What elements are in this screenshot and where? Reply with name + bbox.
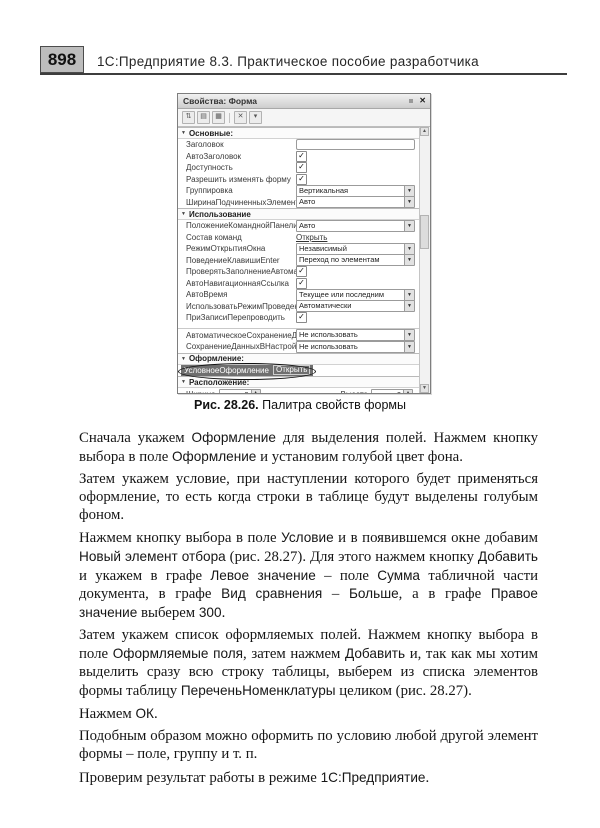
property-label: Состав команд xyxy=(186,233,296,242)
running-title: 1С:Предприятие 8.3. Практическое пособие… xyxy=(97,54,479,73)
section-label: Основные: xyxy=(189,129,233,138)
property-label: АвтоВремя xyxy=(186,290,296,299)
dropdown-value: Не использовать xyxy=(297,342,404,352)
dropdown-value: Авто xyxy=(297,197,404,207)
property-value: Не использовать▼ xyxy=(296,341,415,353)
dropdown-arrow-icon[interactable]: ▼ xyxy=(404,342,414,352)
list-view-icon[interactable]: ▤ xyxy=(197,111,210,124)
section-label: Оформление: xyxy=(189,354,244,363)
dropdown-value: Вертикальная xyxy=(297,186,404,196)
property-row: УсловноеОформлениеОткрыть xyxy=(178,365,419,377)
scroll-up-icon[interactable]: ▲ xyxy=(420,127,429,136)
ui-term: Оформляемые поля xyxy=(113,646,243,661)
window-toolbar: ⇅▤▦✕▾ xyxy=(178,109,430,127)
body-text: Сначала укажем Оформление для выделения … xyxy=(79,429,538,792)
property-row: ИспользоватьРежимПроведенияАвтоматически… xyxy=(178,301,419,313)
dropdown-arrow-icon[interactable]: ▼ xyxy=(404,255,414,265)
checkbox[interactable]: ✓ xyxy=(296,151,307,162)
ui-term: Больше xyxy=(349,586,399,601)
property-grid: ▼Основные:ЗаголовокАвтоЗаголовок✓Доступн… xyxy=(178,127,419,393)
property-value xyxy=(296,139,415,150)
dropdown[interactable]: Авто▼ xyxy=(296,196,415,208)
grid-wrap: ▼Основные:ЗаголовокАвтоЗаголовок✓Доступн… xyxy=(178,127,430,393)
property-row: ШиринаПодчиненныхЭлементовАвто▼ xyxy=(178,197,419,209)
toolbar-separator xyxy=(229,113,230,123)
property-label: ПроверятьЗаполнениеАвтоматически xyxy=(186,267,296,276)
section-header[interactable]: ▼Оформление: xyxy=(178,353,419,365)
property-row: АвтоНавигационнаяСсылка✓ xyxy=(178,278,419,290)
scrollbar[interactable]: ▲ ▼ xyxy=(419,127,430,393)
property-row: АвтоматическоеСохранениеДанныхВНастНе ис… xyxy=(178,330,419,342)
section-header[interactable]: ▼Расположение: xyxy=(178,376,419,388)
property-label: УсловноеОформление xyxy=(184,366,269,375)
text-run: , а в графе xyxy=(399,586,491,602)
property-label: СохранениеДанныхВНастройках xyxy=(186,342,296,351)
property-row: ПоведениеКлавишиEnterПереход по элемента… xyxy=(178,255,419,267)
section-label: Использование xyxy=(189,210,251,219)
text-run: . xyxy=(154,706,158,722)
text-run: Сначала укажем xyxy=(79,430,192,446)
text-run: и в появившемся окне добавим xyxy=(334,530,538,546)
property-value: Открыть xyxy=(296,233,415,242)
property-row: ПроверятьЗаполнениеАвтоматически✓ xyxy=(178,266,419,278)
paragraph: Подобным образом можно оформить по услов… xyxy=(79,728,538,764)
section-collapse-icon[interactable]: ▼ xyxy=(181,356,186,362)
window-title: Свойства: Форма xyxy=(183,96,409,106)
property-value: Переход по элементам▼ xyxy=(296,254,415,266)
spinner-input[interactable]: 0▴▾ xyxy=(219,389,261,394)
property-label: ИспользоватьРежимПроведения xyxy=(186,302,296,311)
checkbox[interactable]: ✓ xyxy=(296,312,307,323)
property-label: ПоведениеКлавишиEnter xyxy=(186,256,296,265)
property-value: Независимый▼ xyxy=(296,243,415,255)
text-run: выберем xyxy=(137,605,199,621)
page-header: 898 1С:Предприятие 8.3. Практическое пос… xyxy=(40,46,567,75)
spinner-buttons[interactable]: ▴▾ xyxy=(251,390,260,394)
text-run: Нажмем кнопку выбора в поле xyxy=(79,530,281,546)
text-run: Затем укажем условие, при наступлении ко… xyxy=(79,471,538,523)
property-label: Группировка xyxy=(186,186,296,195)
categories-view-icon[interactable]: ▦ xyxy=(212,111,225,124)
property-row: СохранениеДанныхВНастройкахНе использова… xyxy=(178,341,419,353)
sort-order-icon[interactable]: ⇅ xyxy=(182,111,195,124)
dropdown-arrow-icon[interactable]: ▼ xyxy=(404,301,414,311)
property-row: АвтоВремяТекущее или последним▼ xyxy=(178,289,419,301)
text-input[interactable] xyxy=(296,139,415,150)
property-label: РежимОткрытияОкна xyxy=(186,244,296,253)
dropdown-value: Авто xyxy=(297,221,404,231)
text-run: . xyxy=(222,605,226,621)
checkbox[interactable]: ✓ xyxy=(296,266,307,277)
ui-term: ПереченьНоменклатуры xyxy=(181,683,336,698)
text-run: – xyxy=(322,586,349,602)
text-run: – поле xyxy=(316,568,378,584)
property-value: ✓ xyxy=(296,312,415,323)
section-label: Расположение: xyxy=(189,378,249,387)
section-collapse-icon[interactable]: ▼ xyxy=(181,130,186,136)
property-label: ПриЗаписиПерепроводить xyxy=(186,313,296,322)
dropdown-arrow-icon[interactable]: ▼ xyxy=(404,244,414,254)
text-run: и укажем в графе xyxy=(79,568,210,584)
property-row: РежимОткрытияОкнаНезависимый▼ xyxy=(178,243,419,255)
spinner-value: 0 xyxy=(220,390,251,394)
spinner-buttons[interactable]: ▴▾ xyxy=(403,390,412,394)
ui-term: 1С:Предприятие xyxy=(321,770,426,785)
property-label: АвтоматическоеСохранениеДанныхВНаст xyxy=(186,331,296,340)
spinner-value: 0 xyxy=(372,390,403,394)
property-value: Автоматически▼ xyxy=(296,300,415,312)
property-value: ✓ xyxy=(296,151,415,162)
text-run: целиком (рис. 28.27). xyxy=(336,683,472,699)
scroll-thumb[interactable] xyxy=(420,215,429,249)
window-titlebar[interactable]: Свойства: Форма ✕ xyxy=(178,94,430,109)
property-value: Авто▼ xyxy=(296,196,415,208)
property-label: АвтоНавигационнаяСсылка xyxy=(186,279,296,288)
open-link[interactable]: Открыть xyxy=(296,233,327,242)
dropdown[interactable]: Не использовать▼ xyxy=(296,341,415,353)
property-value: ✓ xyxy=(296,278,415,289)
ui-term: Добавить xyxy=(478,549,538,564)
property-row: ПриЗаписиПерепроводить✓ xyxy=(178,312,419,324)
dropdown-value: Не использовать xyxy=(297,330,404,340)
caption-label: Рис. 28.26. xyxy=(194,398,259,412)
text-run: . xyxy=(426,770,430,786)
dropdown-value: Переход по элементам xyxy=(297,255,404,265)
ui-term: Вид сравнения xyxy=(221,586,322,601)
ui-term: ОК xyxy=(135,706,154,721)
ui-term: Новый элемент отбора xyxy=(79,549,226,564)
property-value: Авто▼ xyxy=(296,220,415,232)
property-label: Ширина xyxy=(186,390,216,393)
menu-arrow-icon[interactable]: ▾ xyxy=(249,111,262,124)
properties-window: Свойства: Форма ✕ ⇅▤▦✕▾ ▼Основные:Заголо… xyxy=(177,93,431,394)
dropdown[interactable]: Авто▼ xyxy=(296,220,415,232)
ui-term: 300 xyxy=(199,605,222,620)
paragraph: Сначала укажем Оформление для выделения … xyxy=(79,429,538,467)
paragraph: Затем укажем условие, при наступлении ко… xyxy=(79,471,538,524)
ui-term: Добавить xyxy=(345,646,405,661)
property-value: Не использовать▼ xyxy=(296,329,415,341)
dropdown-arrow-icon[interactable]: ▼ xyxy=(404,290,414,300)
property-row: Заголовок xyxy=(178,139,419,151)
dropdown[interactable]: Вертикальная▼ xyxy=(296,185,415,197)
property-row: Состав командОткрыть xyxy=(178,232,419,244)
paragraph: Затем укажем список оформляемых полей. Н… xyxy=(79,627,538,700)
dropdown-arrow-icon[interactable]: ▼ xyxy=(404,330,414,340)
property-label: Разрешить изменять форму xyxy=(186,175,296,184)
property-label: Высота xyxy=(341,390,368,393)
property-label: АвтоЗаголовок xyxy=(186,152,296,161)
property-row: Доступность✓ xyxy=(178,162,419,174)
property-value: Вертикальная▼ xyxy=(296,185,415,197)
spinner-input[interactable]: 0▴▾ xyxy=(371,389,413,394)
ui-term: Оформление xyxy=(192,430,276,445)
caption-text: Палитра свойств формы xyxy=(259,398,406,412)
checkbox[interactable]: ✓ xyxy=(296,278,307,289)
ui-term: Сумма xyxy=(377,568,420,583)
spinner-up-icon[interactable]: ▴ xyxy=(404,390,412,394)
dropdown[interactable]: Автоматически▼ xyxy=(296,300,415,312)
text-run: и установим голубой цвет фона. xyxy=(256,449,463,465)
dropdown[interactable]: Не использовать▼ xyxy=(296,329,415,341)
dropdown-value: Текущее или последним xyxy=(297,290,404,300)
section-collapse-icon[interactable]: ▼ xyxy=(181,379,186,385)
grid-gap xyxy=(178,324,419,330)
text-run: , затем нажмем xyxy=(243,646,345,662)
ui-term: Оформление xyxy=(172,449,256,464)
ui-term: Левое значение xyxy=(210,568,315,583)
section-header[interactable]: ▼Использование xyxy=(178,208,419,220)
property-value: ✓ xyxy=(296,266,415,277)
section-collapse-icon[interactable]: ▼ xyxy=(181,211,186,217)
property-value: ✓ xyxy=(296,174,415,185)
paragraph: Нажмем кнопку выбора в поле Условие и в … xyxy=(79,529,538,623)
paragraph: Нажмем ОК. xyxy=(79,705,538,724)
dropdown-value: Автоматически xyxy=(297,301,404,311)
property-label: ПоложениеКоманднойПанели xyxy=(186,221,296,230)
selected-property[interactable]: УсловноеОформлениеОткрыть xyxy=(181,365,313,376)
property-row: ГруппировкаВертикальная▼ xyxy=(178,185,419,197)
property-row: Разрешить изменять форму✓ xyxy=(178,174,419,186)
figure-caption: Рис. 28.26. Палитра свойств формы xyxy=(0,398,600,412)
close-icon[interactable]: ✕ xyxy=(419,97,426,105)
property-label: Доступность xyxy=(186,163,296,172)
pin-icon[interactable] xyxy=(409,99,413,103)
dropdown-value: Независимый xyxy=(297,244,404,254)
property-value: ✓ xyxy=(296,162,415,173)
page-number-badge: 898 xyxy=(40,46,84,73)
text-run: Нажмем xyxy=(79,706,135,722)
dropdown[interactable]: Независимый▼ xyxy=(296,243,415,255)
dropdown-arrow-icon[interactable]: ▼ xyxy=(404,221,414,231)
dropdown-arrow-icon[interactable]: ▼ xyxy=(404,186,414,196)
text-run: (рис. 28.27). Для этого нажмем кнопку xyxy=(226,549,478,565)
ui-term: Условие xyxy=(281,530,334,545)
property-value: Текущее или последним▼ xyxy=(296,289,415,301)
property-row: АвтоЗаголовок✓ xyxy=(178,151,419,163)
property-row: ПоложениеКоманднойПанелиАвто▼ xyxy=(178,220,419,232)
property-row: Ширина0▴▾Высота0▴▾ xyxy=(178,388,419,393)
section-header[interactable]: ▼Основные: xyxy=(178,127,419,139)
text-run: Проверим результат работы в режиме xyxy=(79,770,321,786)
checkbox[interactable]: ✓ xyxy=(296,174,307,185)
delete-icon[interactable]: ✕ xyxy=(234,111,247,124)
checkbox[interactable]: ✓ xyxy=(296,162,307,173)
open-link[interactable]: Открыть xyxy=(273,365,310,375)
paragraph: Проверим результат работы в режиме 1С:Пр… xyxy=(79,769,538,788)
dropdown[interactable]: Переход по элементам▼ xyxy=(296,254,415,266)
dropdown[interactable]: Текущее или последним▼ xyxy=(296,289,415,301)
property-label: Заголовок xyxy=(186,140,296,149)
property-label: ШиринаПодчиненныхЭлементов xyxy=(186,198,296,207)
text-run: Подобным образом можно оформить по услов… xyxy=(79,728,538,762)
dropdown-arrow-icon[interactable]: ▼ xyxy=(404,197,414,207)
scroll-down-icon[interactable]: ▼ xyxy=(420,384,429,393)
book-page: 898 1С:Предприятие 8.3. Практическое пос… xyxy=(0,0,600,828)
spinner-up-icon[interactable]: ▴ xyxy=(252,390,260,394)
